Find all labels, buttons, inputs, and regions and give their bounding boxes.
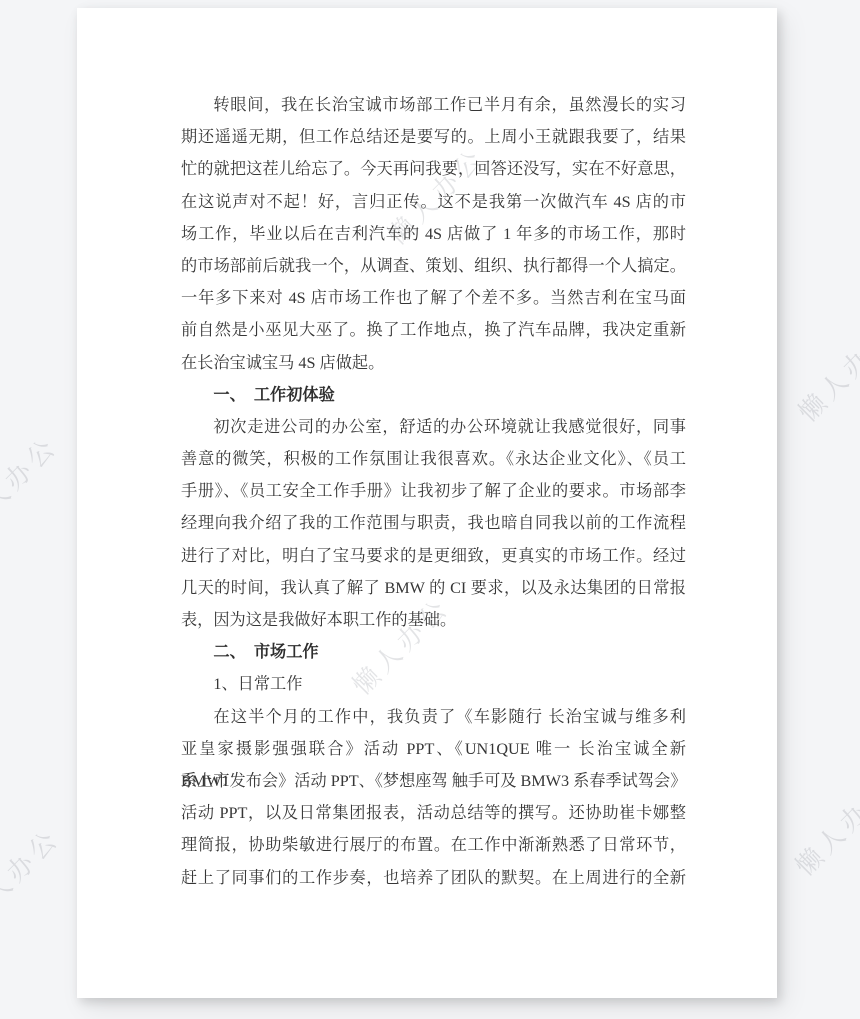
text-line: 手册》、《员工安全工作手册》让我初步了解了企业的要求。市场部李 bbox=[181, 475, 686, 507]
text-line: 亚皇家摄影强强联合》活动 PPT、《UN1QUE 唯一 长治宝诚全新 BMW1 bbox=[181, 733, 686, 765]
text-line: 在这半个月的工作中，我负责了《车影随行 长治宝诚与维多利 bbox=[181, 701, 686, 733]
text-line: 在这说声对不起！好，言归正传。这不是我第一次做汽车 4S 店的市 bbox=[181, 186, 686, 218]
text-line: 转眼间，我在长治宝诚市场部工作已半月有余，虽然漫长的实习 bbox=[181, 89, 686, 121]
text-line: 理简报，协助柴敏进行展厅的布置。在工作中渐渐熟悉了日常环节， bbox=[181, 829, 686, 861]
text-line: 表，因为这是我做好本职工作的基础。 bbox=[181, 604, 686, 636]
section-heading: 一、 工作初体验 bbox=[181, 379, 686, 411]
text-line: 几天的时间，我认真了解了 BMW 的 CI 要求，以及永达集团的日常报 bbox=[181, 572, 686, 604]
text-line: 活动 PPT，以及日常集团报表，活动总结等的撰写。还协助崔卡娜整 bbox=[181, 797, 686, 829]
text-line: 善意的微笑，积极的工作氛围让我很喜欢。《永达企业文化》、《员工 bbox=[181, 443, 686, 475]
text-line: 在长治宝诚宝马 4S 店做起。 bbox=[181, 347, 686, 379]
text-line: 期还遥遥无期，但工作总结还是要写的。上周小王就跟我要了，结果 bbox=[181, 121, 686, 153]
text-line: 场工作，毕业以后在吉利汽车的 4S 店做了 1 年多的市场工作，那时 bbox=[181, 218, 686, 250]
watermark-text: 懒人办公 bbox=[786, 769, 860, 883]
text-line: 一年多下来对 4S 店市场工作也了解了个差不多。当然吉利在宝马面 bbox=[181, 282, 686, 314]
text-line: 系上市发布会》活动 PPT、《梦想座驾 触手可及 BMW3 系春季试驾会》 bbox=[181, 765, 686, 797]
text-line: 的市场部前后就我一个，从调查、策划、组织、执行都得一个人搞定。 bbox=[181, 250, 686, 282]
screenshot-root: { "window": { "width": 860, "height": 10… bbox=[0, 0, 860, 1019]
text-line: 初次走进公司的办公室，舒适的办公环境就让我感觉很好，同事 bbox=[181, 411, 686, 443]
watermark-text: 懒人办公 bbox=[789, 315, 860, 429]
watermark-text: 懒人办公 bbox=[0, 427, 65, 541]
text-line: 前自然是小巫见大巫了。换了工作地点，换了汽车品牌，我决定重新 bbox=[181, 314, 686, 346]
watermark-text: 懒人办公 bbox=[0, 819, 67, 933]
text-line: 赶上了同事们的工作步奏，也培养了团队的默契。在上周进行的全新 bbox=[181, 862, 686, 894]
text-line: 进行了对比，明白了宝马要求的是更细致，更真实的市场工作。经过 bbox=[181, 540, 686, 572]
text-line: 经理向我介绍了我的工作范围与职责，我也暗自同我以前的工作流程 bbox=[181, 507, 686, 539]
section-heading: 二、 市场工作 bbox=[181, 636, 686, 668]
document-body: 转眼间，我在长治宝诚市场部工作已半月有余，虽然漫长的实习期还遥遥无期，但工作总结… bbox=[181, 89, 686, 894]
text-line: 忙的就把这茬儿给忘了。今天再问我要，回答还没写，实在不好意思， bbox=[181, 153, 686, 185]
sub-heading: 1、日常工作 bbox=[181, 668, 686, 700]
